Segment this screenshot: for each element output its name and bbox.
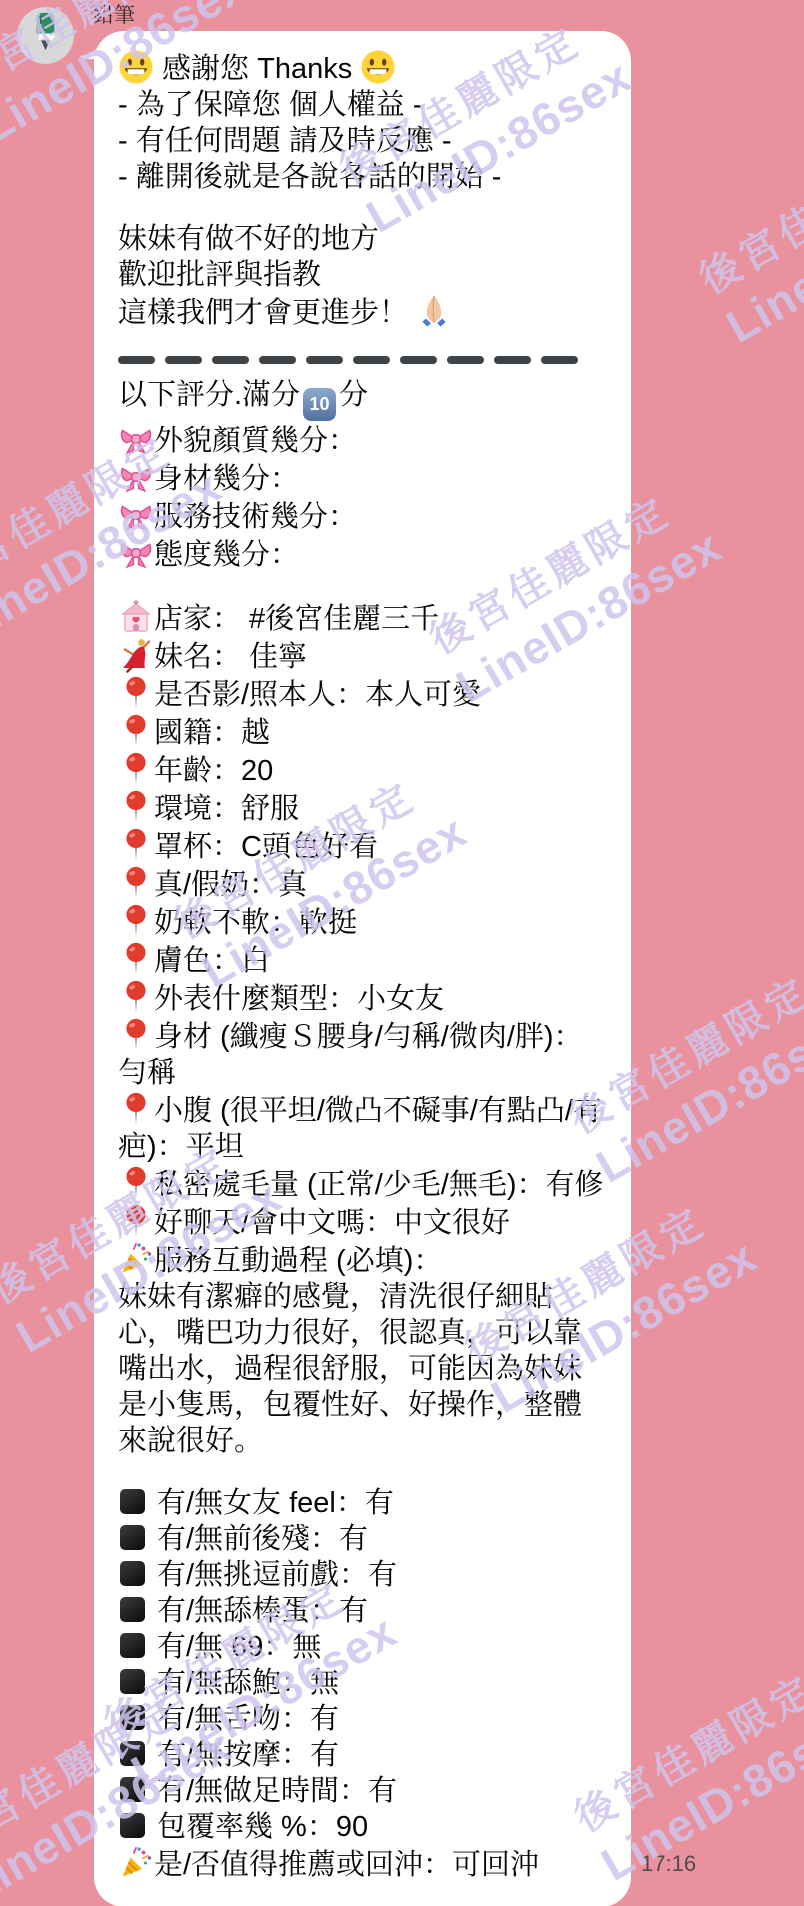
message-line: 外表什麼類型：小女友: [118, 979, 609, 1017]
message-text: 妹妹有潔癖的感覺，清洗很仔細貼心，嘴巴功力很好，很認真，可以靠嘴出水，過程很舒服…: [118, 1281, 582, 1457]
minus-dash-icon: [118, 356, 155, 364]
round-pushpin-icon: [118, 675, 154, 711]
avatar[interactable]: [17, 7, 74, 64]
message-line: 態度幾分：: [118, 535, 609, 573]
minus-dash-icon: [400, 356, 437, 364]
message-text: 有/無舌吻：有: [157, 1703, 339, 1735]
message-line: 有/無女友 feel：有: [118, 1485, 609, 1521]
party-popper-icon: [118, 1241, 154, 1277]
message-text: 是否影/照本人：本人可愛: [154, 679, 481, 711]
round-pushpin-icon: [118, 941, 154, 977]
wedding-church-icon: [118, 599, 154, 635]
message-text: 有/無舔棒蛋：有: [157, 1595, 368, 1627]
message-line: - 為了保障您 個人權益 -: [118, 87, 609, 123]
message-text: 真/假奶：真: [154, 869, 307, 901]
minus-dash-icon: [494, 356, 531, 364]
message-text: 包覆率幾 %：90: [157, 1811, 368, 1843]
message-line: [118, 573, 609, 599]
message-line: 包覆率幾 %：90: [118, 1809, 609, 1845]
ribbon-icon: [118, 535, 154, 571]
sender-name: 鉛筆: [93, 3, 135, 29]
black-square-icon: [120, 1777, 145, 1802]
minus-dash-icon: [541, 356, 578, 364]
message-text: 國籍：越: [154, 717, 270, 749]
message-line: 國籍：越: [118, 713, 609, 751]
message-line: 妹妹有潔癖的感覺，清洗很仔細貼心，嘴巴功力很好，很認真，可以靠嘴出水，過程很舒服…: [118, 1279, 609, 1459]
message-line: [118, 331, 609, 377]
timestamp: 17:16: [641, 1851, 696, 1877]
message-text: 外貌顏質幾分：: [154, 425, 357, 457]
message-line: 有/無舔鮑：無: [118, 1665, 609, 1701]
ribbon-icon: [118, 421, 154, 457]
message-bubble: 感謝您 Thanks - 為了保障您 個人權益 -- 有任何問題 請及時反應 -…: [94, 31, 631, 1906]
message-line: 店家： #後宮佳麗三千: [118, 599, 609, 637]
message-line: 環境：舒服: [118, 789, 609, 827]
message-text: 小腹 (很平坦/微凸不礙事/有點凸/有疤)：平坦: [118, 1095, 602, 1163]
round-pushpin-icon: [118, 1203, 154, 1239]
watermark-line2: LineID:86sex: [717, 159, 804, 354]
watermark-line1: 後宮佳麗限定: [690, 112, 804, 307]
message-text: 是/否值得推薦或回沖：可回沖: [154, 1849, 539, 1881]
keycap-ten-icon: 10: [303, 388, 336, 421]
message-text: 年齡：20: [154, 755, 273, 787]
message-text: 分: [339, 379, 368, 411]
pencil-icon: [17, 51, 74, 64]
message-line: 妹名： 佳寧: [118, 637, 609, 675]
black-square-icon: [120, 1561, 145, 1586]
message-text: 外表什麼類型：小女友: [154, 983, 444, 1015]
message-line: 有/無做足時間：有: [118, 1773, 609, 1809]
message-line: 有/無挑逗前戲：有: [118, 1557, 609, 1593]
message-line: 罩杯：C頭色好看: [118, 827, 609, 865]
message-text: 環境：舒服: [154, 793, 299, 825]
message-text: - 離開後就是各說各話的開始 -: [118, 161, 501, 193]
message-text: 有/無女友 feel：有: [157, 1487, 394, 1519]
round-pushpin-icon: [118, 751, 154, 787]
black-square-icon: [120, 1489, 145, 1514]
message-line: 服務互動過程 (必填)：: [118, 1241, 609, 1279]
message-text: 有/無做足時間：有: [157, 1775, 397, 1807]
round-pushpin-icon: [118, 1165, 154, 1201]
folded-hands-icon: [416, 293, 452, 329]
message-text: 私密處毛量 (正常/少毛/無毛)：有修: [154, 1169, 604, 1201]
message-line: 膚色：白: [118, 941, 609, 979]
message-line: 感謝您 Thanks: [118, 49, 609, 87]
message-line: 有/無舌吻：有: [118, 1701, 609, 1737]
round-pushpin-icon: [118, 827, 154, 863]
round-pushpin-icon: [118, 865, 154, 901]
message-text: 歡迎批評與指教: [118, 259, 321, 291]
message-text: 身材幾分：: [154, 463, 299, 495]
message-text: 身材 (纖瘦Ｓ腰身/勻稱/微肉/胖)：勻稱: [118, 1021, 583, 1089]
message-line: 私密處毛量 (正常/少毛/無毛)：有修: [118, 1165, 609, 1203]
message-line: - 有任何問題 請及時反應 -: [118, 123, 609, 159]
black-square-icon: [120, 1813, 145, 1838]
message-line: 有/無按摩：有: [118, 1737, 609, 1773]
black-square-icon: [120, 1669, 145, 1694]
message-line: 小腹 (很平坦/微凸不礙事/有點凸/有疤)：平坦: [118, 1091, 609, 1165]
minus-dash-icon: [165, 356, 202, 364]
minus-dash-icon: [212, 356, 249, 364]
minus-dash-icon: [306, 356, 343, 364]
message-line: [118, 195, 609, 221]
round-pushpin-icon: [118, 1017, 154, 1053]
chat-screen: 後宮佳麗限定LineID:86sex後宮佳麗限定LineID:86sex後宮佳麗…: [0, 0, 804, 1906]
message-line: 有/無 69：無: [118, 1629, 609, 1665]
round-pushpin-icon: [118, 1091, 154, 1127]
message-line: 有/無前後殘：有: [118, 1521, 609, 1557]
message-line: 真/假奶：真: [118, 865, 609, 903]
message-text: - 有任何問題 請及時反應 -: [118, 125, 452, 157]
message-line: 是否影/照本人：本人可愛: [118, 675, 609, 713]
message-line: 妹妹有做不好的地方: [118, 221, 609, 257]
message-text: 罩杯：C頭色好看: [154, 831, 378, 863]
message-text: 有/無挑逗前戲：有: [157, 1559, 397, 1591]
black-square-icon: [120, 1705, 145, 1730]
dancer-icon: [118, 637, 154, 673]
message-line: 身材 (纖瘦Ｓ腰身/勻稱/微肉/胖)：勻稱: [118, 1017, 609, 1091]
message-line: 身材幾分：: [118, 459, 609, 497]
message-line: 服務技術幾分：: [118, 497, 609, 535]
message-text-block: 感謝您 Thanks - 為了保障您 個人權益 -- 有任何問題 請及時反應 -…: [118, 49, 609, 1883]
message-text: 好聊天/會中文嗎：中文很好: [154, 1207, 510, 1239]
message-text: 有/無前後殘：有: [157, 1523, 368, 1555]
round-pushpin-icon: [118, 979, 154, 1015]
black-square-icon: [120, 1597, 145, 1622]
message-text: 有/無舔鮑：無: [157, 1667, 339, 1699]
party-popper-icon: [118, 1845, 154, 1881]
message-text: 妹名： 佳寧: [154, 641, 307, 673]
bubble-tail-icon: [80, 39, 106, 65]
ribbon-icon: [118, 497, 154, 533]
message-line: 好聊天/會中文嗎：中文很好: [118, 1203, 609, 1241]
minus-dash-icon: [447, 356, 484, 364]
ribbon-icon: [118, 459, 154, 495]
grinning-face-icon: [360, 49, 396, 85]
message-text: - 為了保障您 個人權益 -: [118, 89, 423, 121]
minus-dash-icon: [259, 356, 296, 364]
round-pushpin-icon: [118, 903, 154, 939]
message-line: 是/否值得推薦或回沖：可回沖: [118, 1845, 609, 1883]
round-pushpin-icon: [118, 713, 154, 749]
message-text: 態度幾分：: [154, 539, 299, 571]
black-square-icon: [120, 1525, 145, 1550]
message-line: 這樣我們才會更進步！: [118, 293, 609, 331]
message-line: 有/無舔棒蛋：有: [118, 1593, 609, 1629]
message-line: 以下評分.滿分10分: [118, 377, 609, 421]
grinning-face-icon: [118, 49, 154, 85]
message-line: 外貌顏質幾分：: [118, 421, 609, 459]
message-line: [118, 1459, 609, 1485]
message-line: 年齡：20: [118, 751, 609, 789]
minus-dash-icon: [353, 356, 390, 364]
message-line: 奶軟不軟：軟挺: [118, 903, 609, 941]
message-text: 以下評分.滿分: [118, 379, 300, 411]
message-text: 這樣我們才會更進步！: [118, 297, 416, 329]
message-text: 妹妹有做不好的地方: [118, 223, 379, 255]
message-text: 服務技術幾分：: [154, 501, 357, 533]
separator-row: [118, 331, 588, 377]
message-text: 膚色：白: [154, 945, 270, 977]
message-text: 店家： #後宮佳麗三千: [154, 603, 439, 635]
black-square-icon: [120, 1633, 145, 1658]
message-text: 有/無按摩：有: [157, 1739, 339, 1771]
message-text: 服務互動過程 (必填)：: [154, 1245, 442, 1277]
message-text: 奶軟不軟：軟挺: [154, 907, 357, 939]
message-line: - 離開後就是各說各話的開始 -: [118, 159, 609, 195]
black-square-icon: [120, 1741, 145, 1766]
message-text: 有/無 69：無: [157, 1631, 321, 1663]
message-text: 感謝您 Thanks: [154, 53, 360, 85]
message-line: 歡迎批評與指教: [118, 257, 609, 293]
watermark: 後宮佳麗限定LineID:86sex: [690, 112, 804, 353]
round-pushpin-icon: [118, 789, 154, 825]
